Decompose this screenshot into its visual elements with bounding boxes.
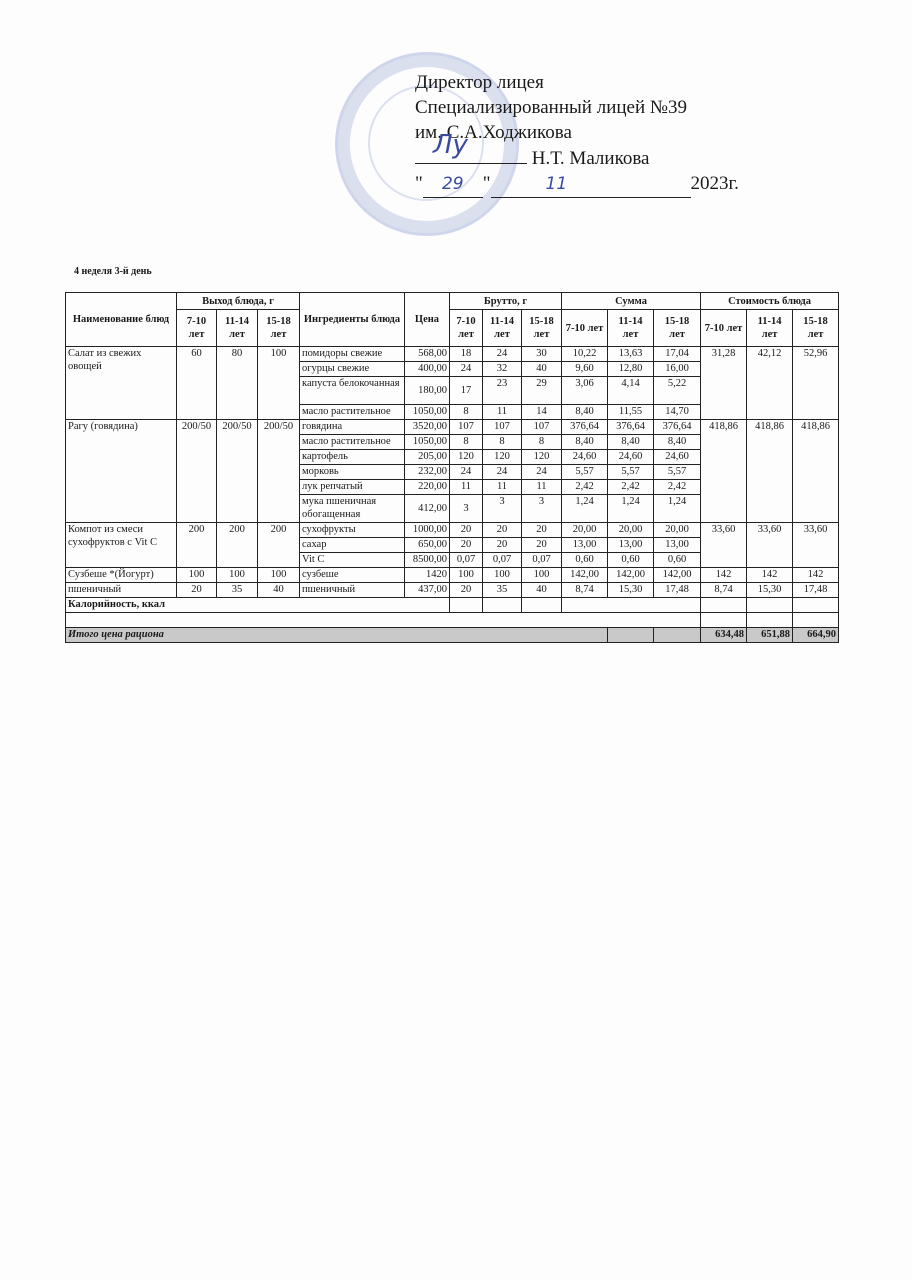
header-brutto-age-7-10: 7-10 лет	[450, 310, 483, 347]
ingredient-brutto: 120	[483, 450, 522, 465]
approval-signature-line: Лу Н.Т. Маликова	[415, 145, 739, 171]
ingredient-brutto: 24	[522, 465, 562, 480]
dish-output: 200/50	[177, 420, 217, 523]
ingredient-brutto: 17	[450, 377, 483, 405]
table-row: Сузбеше *(Йогурт)100100100сузбеше1420100…	[66, 568, 839, 583]
dish-output: 100	[258, 347, 300, 420]
calories-cell	[793, 598, 839, 613]
ingredient-sum: 142,00	[562, 568, 608, 583]
approval-organization: Специализированный лицей №39	[415, 95, 739, 120]
header-output-age-15-18: 15-18 лет	[258, 310, 300, 347]
ingredient-price: 650,00	[405, 538, 450, 553]
dish-cost: 52,96	[793, 347, 839, 420]
ingredient-sum: 1,24	[562, 495, 608, 523]
ingredient-brutto: 29	[522, 377, 562, 405]
ingredient-brutto: 8	[450, 405, 483, 420]
ingredient-sum: 3,06	[562, 377, 608, 405]
header-cost-age-11-14: 11-14 лет	[747, 310, 793, 347]
ingredient-brutto: 40	[522, 583, 562, 598]
calories-cell	[450, 598, 483, 613]
ingredient-brutto: 20	[450, 538, 483, 553]
ingredient-brutto: 120	[522, 450, 562, 465]
dish-cost: 418,86	[747, 420, 793, 523]
ingredient-sum: 5,57	[654, 465, 701, 480]
header-brutto-age-15-18: 15-18 лет	[522, 310, 562, 347]
ingredient-sum: 0,60	[562, 553, 608, 568]
ingredient-name: лук репчатый	[300, 480, 405, 495]
header-output-age-7-10: 7-10 лет	[177, 310, 217, 347]
date-day: 29	[423, 172, 483, 198]
ingredient-price: 180,00	[405, 377, 450, 405]
ingredient-brutto: 107	[522, 420, 562, 435]
empty-cell	[66, 613, 701, 628]
calories-label: Калорийность, ккал	[66, 598, 450, 613]
total-cost: 634,48	[701, 628, 747, 643]
ingredient-sum: 8,40	[654, 435, 701, 450]
total-cost: 664,90	[793, 628, 839, 643]
menu-table: Наименование блюд Выход блюда, г Ингреди…	[65, 292, 839, 643]
ingredient-sum: 20,00	[608, 523, 654, 538]
ingredient-brutto: 18	[450, 347, 483, 362]
ingredient-brutto: 23	[483, 377, 522, 405]
header-cost: Стоимость блюда	[701, 293, 839, 310]
dish-name: пшеничный	[66, 583, 177, 598]
ingredient-sum: 5,22	[654, 377, 701, 405]
ingredient-name: масло растительное	[300, 435, 405, 450]
ingredient-brutto: 3	[450, 495, 483, 523]
ingredient-brutto: 40	[522, 362, 562, 377]
ingredient-sum: 2,42	[654, 480, 701, 495]
ingredient-sum: 17,04	[654, 347, 701, 362]
ingredient-price: 8500,00	[405, 553, 450, 568]
ingredient-sum: 5,57	[608, 465, 654, 480]
calories-cell	[562, 598, 701, 613]
calories-cell	[522, 598, 562, 613]
ingredient-brutto: 20	[522, 538, 562, 553]
ingredient-name: Vit C	[300, 553, 405, 568]
dish-name: Сузбеше *(Йогурт)	[66, 568, 177, 583]
ingredient-sum: 14,70	[654, 405, 701, 420]
ingredient-price: 1420	[405, 568, 450, 583]
total-row: Итого цена рациона634,48651,88664,90	[66, 628, 839, 643]
ingredient-sum: 20,00	[654, 523, 701, 538]
ingredient-price: 232,00	[405, 465, 450, 480]
ingredient-brutto: 107	[483, 420, 522, 435]
header-sum: Сумма	[562, 293, 701, 310]
ingredient-brutto: 3	[522, 495, 562, 523]
ingredient-sum: 0,60	[654, 553, 701, 568]
dish-cost: 418,86	[701, 420, 747, 523]
approval-block: Директор лицея Специализированный лицей …	[415, 70, 739, 198]
ingredient-sum: 10,22	[562, 347, 608, 362]
dish-cost: 33,60	[747, 523, 793, 568]
ingredient-price: 220,00	[405, 480, 450, 495]
ingredient-name: сузбеше	[300, 568, 405, 583]
ingredient-brutto: 20	[450, 523, 483, 538]
ingredient-price: 412,00	[405, 495, 450, 523]
ingredient-brutto: 0,07	[522, 553, 562, 568]
table-row: Компот из смеси сухофруктов с Vit C20020…	[66, 523, 839, 538]
ingredient-price: 205,00	[405, 450, 450, 465]
ingredient-sum: 12,80	[608, 362, 654, 377]
ingredient-sum: 11,55	[608, 405, 654, 420]
ingredient-sum: 13,63	[608, 347, 654, 362]
header-cost-age-7-10: 7-10 лет	[701, 310, 747, 347]
dish-cost: 418,86	[793, 420, 839, 523]
header-sum-age-15-18: 15-18 лет	[654, 310, 701, 347]
dish-output: 100	[217, 568, 258, 583]
approval-position: Директор лицея	[415, 70, 739, 95]
ingredient-name: морковь	[300, 465, 405, 480]
dish-cost: 8,74	[701, 583, 747, 598]
header-output: Выход блюда, г	[177, 293, 300, 310]
ingredient-sum: 24,60	[654, 450, 701, 465]
table-row: Рагу (говядина)200/50200/50200/50говядин…	[66, 420, 839, 435]
ingredient-sum: 24,60	[562, 450, 608, 465]
ingredient-brutto: 20	[483, 538, 522, 553]
ingredient-price: 437,00	[405, 583, 450, 598]
ingredient-sum: 16,00	[654, 362, 701, 377]
ingredient-sum: 5,57	[562, 465, 608, 480]
dish-output: 60	[177, 347, 217, 420]
date-year: 2023г.	[691, 173, 739, 194]
ingredient-sum: 8,40	[562, 405, 608, 420]
calories-cell	[747, 598, 793, 613]
ingredient-price: 3520,00	[405, 420, 450, 435]
ingredient-brutto: 30	[522, 347, 562, 362]
dish-output: 40	[258, 583, 300, 598]
empty-cell	[701, 613, 747, 628]
header-price: Цена	[405, 293, 450, 347]
dish-name: Рагу (говядина)	[66, 420, 177, 523]
ingredient-brutto: 0,07	[450, 553, 483, 568]
dish-cost: 142	[747, 568, 793, 583]
header-dish-name: Наименование блюд	[66, 293, 177, 347]
ingredient-name: говядина	[300, 420, 405, 435]
ingredient-sum: 13,00	[654, 538, 701, 553]
calories-row: Калорийность, ккал	[66, 598, 839, 613]
header-sum-age-11-14: 11-14 лет	[608, 310, 654, 347]
total-label: Итого цена рациона	[66, 628, 608, 643]
dish-output: 200	[258, 523, 300, 568]
ingredient-name: помидоры свежие	[300, 347, 405, 362]
total-cost: 651,88	[747, 628, 793, 643]
empty-cell	[793, 613, 839, 628]
header-cost-age-15-18: 15-18 лет	[793, 310, 839, 347]
ingredient-sum: 13,00	[608, 538, 654, 553]
ingredient-brutto: 8	[450, 435, 483, 450]
ingredient-brutto: 100	[483, 568, 522, 583]
header-output-age-11-14: 11-14 лет	[217, 310, 258, 347]
ingredient-sum: 1,24	[608, 495, 654, 523]
dish-output: 80	[217, 347, 258, 420]
table-row: Салат из свежих овощей6080100помидоры св…	[66, 347, 839, 362]
calories-cell	[701, 598, 747, 613]
dish-output: 20	[177, 583, 217, 598]
ingredient-sum: 0,60	[608, 553, 654, 568]
ingredient-brutto: 11	[522, 480, 562, 495]
ingredient-sum: 4,14	[608, 377, 654, 405]
table-row: пшеничный203540пшеничный437,002035408,74…	[66, 583, 839, 598]
date-quote-close: "	[483, 173, 491, 194]
calories-cell	[483, 598, 522, 613]
ingredient-price: 400,00	[405, 362, 450, 377]
dish-cost: 33,60	[701, 523, 747, 568]
ingredient-name: сухофрукты	[300, 523, 405, 538]
ingredient-sum: 8,40	[608, 435, 654, 450]
ingredient-brutto: 11	[483, 480, 522, 495]
ingredient-sum: 17,48	[654, 583, 701, 598]
header-brutto: Брутто, г	[450, 293, 562, 310]
ingredient-sum: 9,60	[562, 362, 608, 377]
ingredient-price: 1050,00	[405, 435, 450, 450]
ingredient-brutto: 32	[483, 362, 522, 377]
ingredient-name: сахар	[300, 538, 405, 553]
dish-cost: 42,12	[747, 347, 793, 420]
dish-cost: 17,48	[793, 583, 839, 598]
total-blank	[608, 628, 654, 643]
dish-output: 200/50	[217, 420, 258, 523]
ingredient-sum: 24,60	[608, 450, 654, 465]
ingredient-brutto: 35	[483, 583, 522, 598]
dish-cost: 31,28	[701, 347, 747, 420]
ingredient-sum: 8,40	[562, 435, 608, 450]
ingredient-sum: 142,00	[608, 568, 654, 583]
ingredient-sum: 376,64	[562, 420, 608, 435]
ingredient-brutto: 24	[450, 465, 483, 480]
ingredient-sum: 20,00	[562, 523, 608, 538]
dish-cost: 15,30	[747, 583, 793, 598]
ingredient-brutto: 11	[450, 480, 483, 495]
approval-date: "29"112023г.	[415, 171, 739, 198]
ingredient-name: капуста белокочанная	[300, 377, 405, 405]
empty-cell	[747, 613, 793, 628]
ingredient-brutto: 24	[483, 465, 522, 480]
total-blank	[654, 628, 701, 643]
date-month: 11	[491, 172, 691, 198]
approval-signatory: Н.Т. Маликова	[532, 148, 650, 169]
ingredient-name: огурцы свежие	[300, 362, 405, 377]
ingredient-brutto: 120	[450, 450, 483, 465]
ingredient-sum: 2,42	[562, 480, 608, 495]
ingredient-name: картофель	[300, 450, 405, 465]
ingredient-sum: 8,74	[562, 583, 608, 598]
ingredient-brutto: 20	[450, 583, 483, 598]
ingredient-name: масло растительное	[300, 405, 405, 420]
ingredient-brutto: 100	[450, 568, 483, 583]
ingredient-name: пшеничный	[300, 583, 405, 598]
ingredient-brutto: 24	[483, 347, 522, 362]
dish-output: 200/50	[258, 420, 300, 523]
dish-cost: 33,60	[793, 523, 839, 568]
dish-cost: 142	[701, 568, 747, 583]
ingredient-name: мука пшеничная обогащенная	[300, 495, 405, 523]
ingredient-brutto: 20	[522, 523, 562, 538]
ingredient-brutto: 11	[483, 405, 522, 420]
dish-cost: 142	[793, 568, 839, 583]
ingredient-sum: 2,42	[608, 480, 654, 495]
empty-row	[66, 613, 839, 628]
dish-output: 100	[258, 568, 300, 583]
dish-output: 100	[177, 568, 217, 583]
ingredient-brutto: 8	[483, 435, 522, 450]
ingredient-sum: 376,64	[654, 420, 701, 435]
ingredient-sum: 13,00	[562, 538, 608, 553]
ingredient-sum: 376,64	[608, 420, 654, 435]
ingredient-sum: 1,24	[654, 495, 701, 523]
ingredient-brutto: 20	[483, 523, 522, 538]
dish-output: 35	[217, 583, 258, 598]
dish-output: 200	[217, 523, 258, 568]
ingredient-sum: 15,30	[608, 583, 654, 598]
ingredient-brutto: 100	[522, 568, 562, 583]
ingredient-price: 568,00	[405, 347, 450, 362]
dish-name: Салат из свежих овощей	[66, 347, 177, 420]
ingredient-brutto: 3	[483, 495, 522, 523]
ingredient-brutto: 24	[450, 362, 483, 377]
ingredient-brutto: 14	[522, 405, 562, 420]
ingredient-brutto: 107	[450, 420, 483, 435]
header-brutto-age-11-14: 11-14 лет	[483, 310, 522, 347]
ingredient-sum: 142,00	[654, 568, 701, 583]
ingredient-price: 1050,00	[405, 405, 450, 420]
signature-mark: Лу	[433, 133, 468, 158]
header-ingredients: Ингредиенты блюда	[300, 293, 405, 347]
dish-name: Компот из смеси сухофруктов с Vit C	[66, 523, 177, 568]
ingredient-brutto: 0,07	[483, 553, 522, 568]
dish-output: 200	[177, 523, 217, 568]
ingredient-brutto: 8	[522, 435, 562, 450]
week-day-title: 4 неделя 3-й день	[74, 266, 152, 277]
header-sum-age-7-10: 7-10 лет	[562, 310, 608, 347]
signature-field: Лу	[415, 145, 527, 164]
ingredient-price: 1000,00	[405, 523, 450, 538]
date-quote-open: "	[415, 173, 423, 194]
